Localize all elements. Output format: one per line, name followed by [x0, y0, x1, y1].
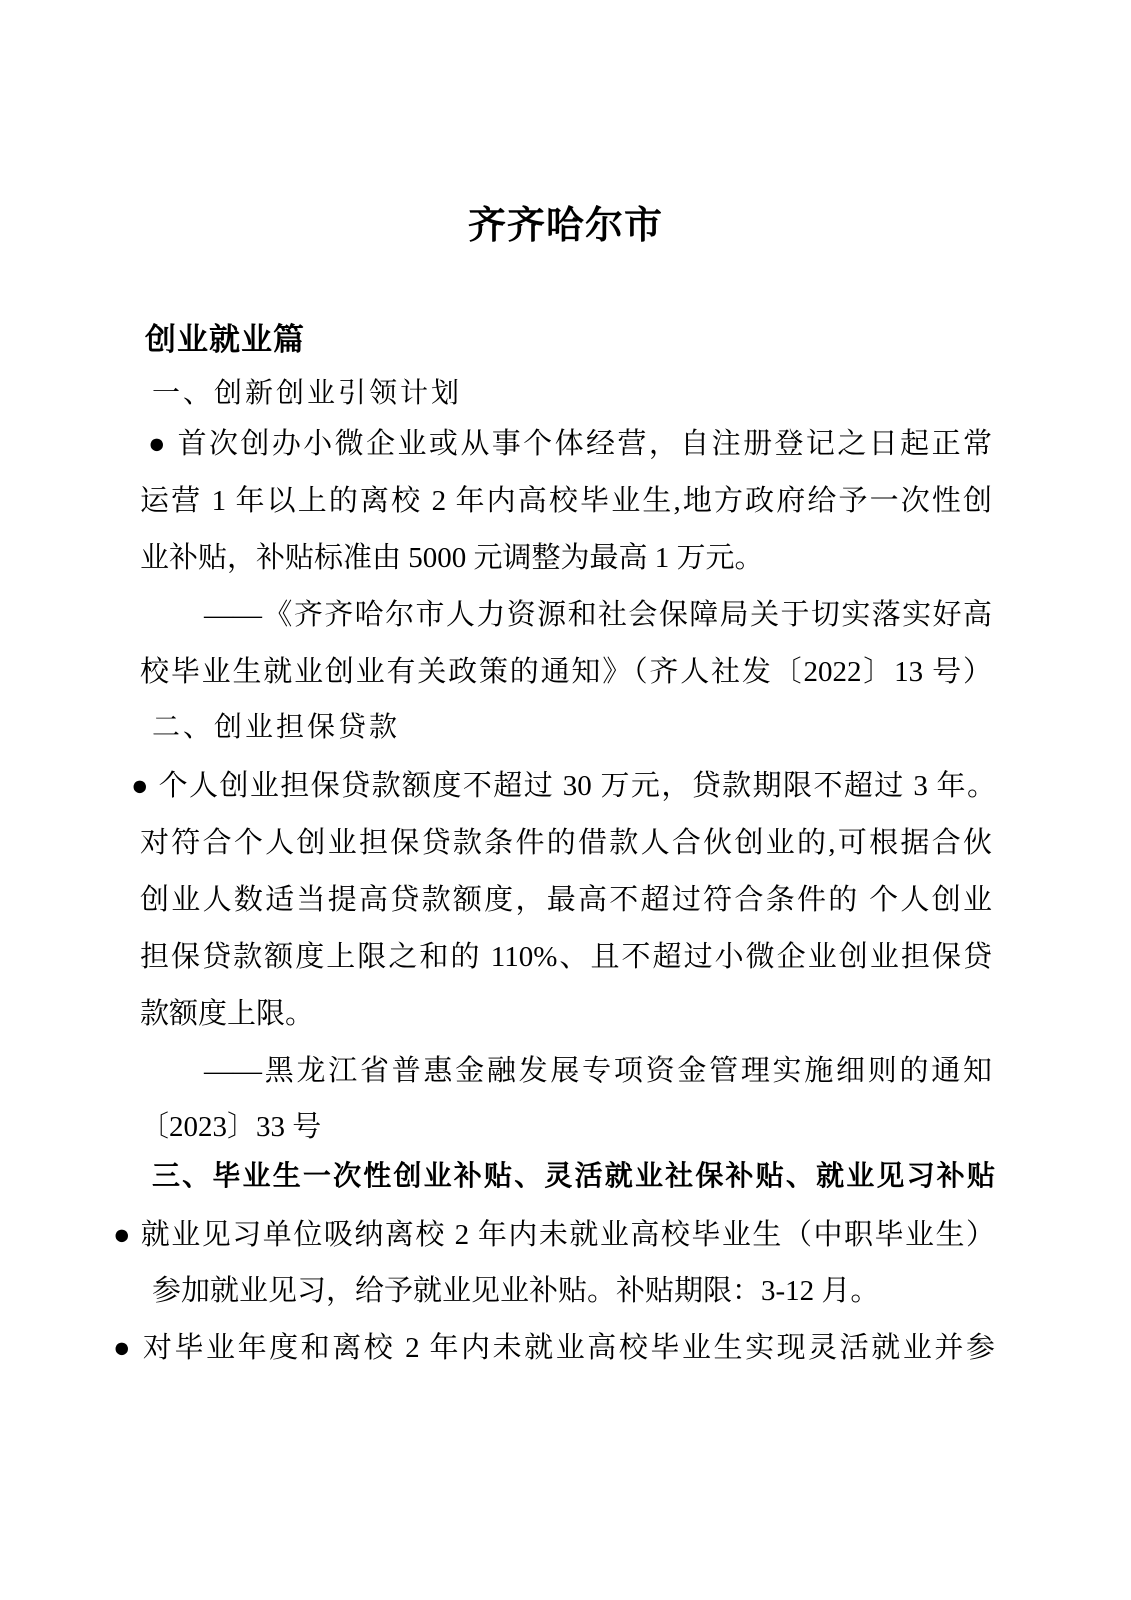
bullet-line: ● 对毕业年度和离校 2 年内未就业高校毕业生实现灵活就业并参	[113, 1329, 995, 1367]
citation-line: 〔2023〕33 号	[140, 1108, 321, 1146]
citation-line: 校毕业生就业创业有关政策的通知》（齐人社发〔2022〕13 号）	[140, 653, 992, 691]
section-1-heading: 一、创新创业引领计划	[152, 376, 462, 412]
bullet-line: ● 首次创办小微企业或从事个体经营，自注册登记之日起正常	[148, 425, 992, 463]
body-line: 创业人数适当提高贷款额度，最高不超过符合条件的 个人创业	[140, 881, 992, 919]
body-line: 款额度上限。	[140, 995, 314, 1033]
body-line: 参加就业见习，给予就业见业补贴。补贴期限：3-12 月。	[152, 1272, 879, 1310]
body-line: 业补贴，补贴标准由 5000 元调整为最高 1 万元。	[140, 539, 764, 577]
body-line: 对符合个人创业担保贷款条件的借款人合伙创业的,可根据合伙	[140, 824, 992, 862]
document-page: 齐齐哈尔市 创业就业篇 一、创新创业引领计划 ● 首次创办小微企业或从事个体经营…	[0, 0, 1131, 1600]
document-title: 齐齐哈尔市	[0, 202, 1131, 250]
section-2-heading: 二、创业担保贷款	[152, 710, 400, 746]
citation-line: ——黑龙江省普惠金融发展专项资金管理实施细则的通知	[140, 1052, 992, 1090]
body-line: 运营 1 年以上的离校 2 年内高校毕业生,地方政府给予一次性创	[140, 482, 992, 520]
chapter-heading: 创业就业篇	[145, 320, 305, 360]
bullet-line: ● 就业见习单位吸纳离校 2 年内未就业高校毕业生（中职毕业生）	[113, 1216, 995, 1254]
section-3-heading: 三、毕业生一次性创业补贴、灵活就业社保补贴、就业见习补贴	[152, 1159, 995, 1195]
body-line: 担保贷款额度上限之和的 110%、且不超过小微企业创业担保贷	[140, 938, 992, 976]
citation-line: ——《齐齐哈尔市人力资源和社会保障局关于切实落实好高	[140, 596, 992, 634]
bullet-line: ● 个人创业担保贷款额度不超过 30 万元，贷款期限不超过 3 年。	[131, 767, 996, 805]
